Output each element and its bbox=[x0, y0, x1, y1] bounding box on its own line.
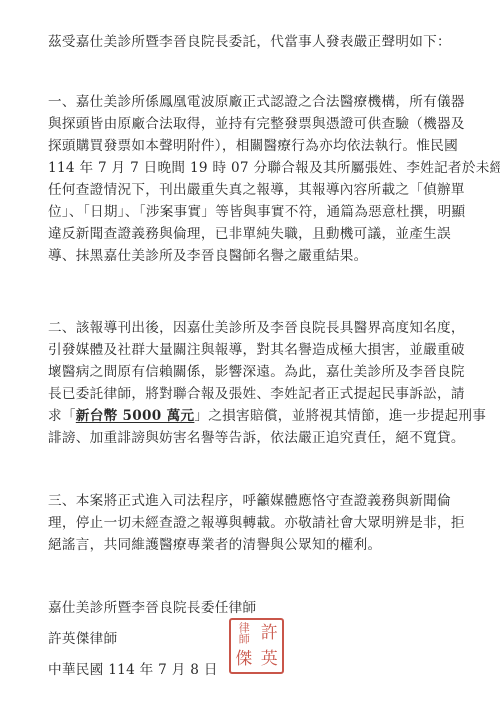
claim-suffix: 」之損害賠償，並將視其情節，進一步提起刑事 bbox=[194, 408, 486, 424]
section-3-line: 理，停止一切未經查證之報導與轉載。亦敬請社會大眾明辨是非，拒 bbox=[48, 514, 465, 532]
lawyer-seal-stamp: 律師 許 傑 英 bbox=[229, 618, 284, 674]
seal-char: 許 bbox=[257, 620, 283, 646]
section-1-line: 探頭購買發票如本聲明附件），相關醫療行為亦均依法執行。惟民國 bbox=[48, 137, 458, 155]
section-1-line: 任何查證情況下，刊出嚴重失真之報導，其報導內容所載之「偵辦單 bbox=[48, 181, 465, 199]
signature-name: 許英傑律師 bbox=[48, 630, 117, 648]
section-2-line: 引發媒體及社群大量關注與報導，對其名譽造成極大損害，並嚴重破 bbox=[48, 341, 465, 359]
section-1-line: 位」、「日期」、「涉案事實」等皆與事實不符，通篇為惡意杜撰，明顯 bbox=[48, 203, 465, 221]
signature-date: 中華民國 114 年 7 月 8 日 bbox=[48, 661, 218, 679]
section-2-line: 壞醫病之間原有信賴關係，影響深遠。為此，嘉仕美診所及李晉良院 bbox=[48, 363, 465, 381]
section-2-line: 誹謗、加重誹謗與妨害名譽等告訴，依法嚴正追究責任，絕不寬貸。 bbox=[48, 429, 465, 447]
seal-char: 英 bbox=[257, 646, 283, 672]
section-2-line: 二、該報導刊出後，因嘉仕美診所及李晉良院長具醫界高度知名度， bbox=[48, 319, 465, 337]
section-1-line: 一、嘉仕美診所係鳳凰電波原廠正式認證之合法醫療機構，所有儀器 bbox=[48, 93, 465, 111]
section-1-line: 違反新聞查證義務與倫理，已非單純失職，且動機可議，並產生誤 bbox=[48, 225, 451, 243]
seal-char: 律師 bbox=[231, 620, 257, 646]
claim-prefix: 求「 bbox=[48, 408, 76, 424]
section-1-line: 導、抹黑嘉仕美診所及李晉良醫師名譽之嚴重結果。 bbox=[48, 247, 368, 265]
claim-amount: 新台幣 5000 萬元 bbox=[76, 408, 195, 424]
intro-line: 茲受嘉仕美診所暨李晉良院長委託，代當事人發表嚴正聲明如下： bbox=[48, 33, 451, 51]
seal-char: 傑 bbox=[231, 646, 257, 672]
signature-role: 嘉仕美診所暨李晉良院長委任律師 bbox=[48, 599, 256, 617]
section-1-line: 114 年 7 月 7 日晚間 19 時 07 分聯合報及其所屬張姓、李姓記者於… bbox=[48, 159, 500, 177]
damages-claim-line: 求「新台幣 5000 萬元」之損害賠償，並將視其情節，進一步提起刑事 bbox=[48, 407, 486, 425]
section-1-line: 與探頭皆由原廠合法取得，並持有完整發票與憑證可供查驗（機器及 bbox=[48, 115, 465, 133]
section-3-line: 三、本案將正式進入司法程序，呼籲媒體應恪守查證義務與新聞倫 bbox=[48, 492, 451, 510]
section-3-line: 絕謠言，共同維護醫療專業者的清譽與公眾知的權利。 bbox=[48, 536, 381, 554]
section-2-line: 長已委託律師，將對聯合報及張姓、李姓記者正式提起民事訴訟，請 bbox=[48, 385, 465, 403]
